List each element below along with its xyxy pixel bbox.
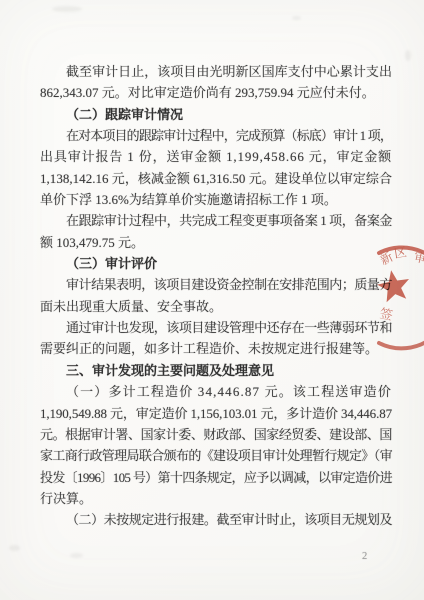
document-line-text: （二）跟踪审计情况 (66, 107, 183, 122)
document-line: 家工商行政管理局联合颁布的《建设项目审计处理暂行规定》（审 (40, 445, 392, 466)
scan-smudge (52, 6, 82, 12)
seal-arc-char: 审 (412, 249, 424, 266)
document-line: 单价下浮 13.6%为结算单价实施邀请招标工作 1 项。 (40, 189, 392, 210)
document-line: （一）多计工程造价 34,446.87 元。该工程送审造价 (40, 381, 392, 402)
document-line-text: 在对本项目的跟踪审计过程中，完成预算（标底）审计 1 项， (66, 128, 392, 143)
document-line-text: （一）多计工程造价 34,446.87 元。该工程送审造价 (66, 384, 392, 399)
document-line-text: 家工商行政管理局联合颁布的《建设项目审计处理暂行规定》（审 (40, 448, 392, 463)
official-seal: 新 区 审 签 (348, 236, 424, 356)
document-line-text: 862,343.07 元。对比审定造价尚有 293,759.94 元应付未付。 (40, 85, 375, 100)
document-line-text: （二）未按规定进行报建。截至审计时止，该项目无规划及 (66, 512, 392, 527)
document-line: 面未出现重大质量、安全事故。 (40, 296, 392, 317)
document-heading-line: （三）审计评价 (40, 253, 392, 274)
document-line-text: 额 103,479.75 元。 (40, 235, 144, 250)
seal-arc-char: 区 (393, 245, 408, 261)
document-line: 额 103,479.75 元。 (40, 232, 392, 253)
seal-bottom-arc (379, 338, 424, 348)
document-line: 截至审计日止，该项目由光明新区国库支付中心累计支出 (40, 61, 392, 82)
document-line-text: 单价下浮 13.6%为结算单价实施邀请招标工作 1 项。 (40, 192, 337, 207)
star-icon (377, 270, 409, 302)
document-line: 在对本项目的跟踪审计过程中，完成预算（标底）审计 1 项， (40, 125, 392, 146)
scan-smudge (70, 553, 83, 558)
document-line: 1,138,142.16 元，核减金额 61,316.50 元。建设单位以审定综… (40, 168, 392, 189)
seal-bottom-char: 签 (378, 306, 394, 323)
document-heading-line: （二）跟踪审计情况 (40, 104, 392, 125)
document-line: 投发〔1996〕105 号）第十四条规定，应予以调减，以审定造价进 (40, 467, 392, 488)
document-line: 元。根据审计署、国家计委、财政部、国家经贸委、建设部、国 (40, 424, 392, 445)
document-line: （二）未按规定进行报建。截至审计时止，该项目无规划及 (40, 509, 392, 530)
document-line-text: 需要纠正的问题，如多计工程造价、未按规定进行报建等。 (40, 341, 378, 356)
document-line: 通过审计也发现，该项目建设管理中还存在一些薄弱环节和 (40, 317, 392, 338)
seal-graphics: 新 区 审 签 (377, 245, 424, 348)
document-line: 862,343.07 元。对比审定造价尚有 293,759.94 元应付未付。 (40, 82, 392, 103)
document-line-text: 投发〔1996〕105 号）第十四条规定，应予以调减，以审定造价进 (40, 470, 392, 485)
document-line-text: 1,190,549.88 元，审定造价 1,156,103.01 元，多计造价 … (40, 406, 392, 421)
document-line: 审计结果表明，该项目建设资金控制在安排范围内；质量方 (40, 274, 392, 295)
document-line-text: 在跟踪审计过程中，共完成工程变更事项备案 1 项，备案金 (66, 213, 392, 228)
document-body: 截至审计日止，该项目由光明新区国库支付中心累计支出862,343.07 元。对比… (40, 61, 392, 531)
document-line: 需要纠正的问题，如多计工程造价、未按规定进行报建等。 (40, 338, 392, 359)
document-line: 1,190,549.88 元，审定造价 1,156,103.01 元，多计造价 … (40, 403, 392, 424)
document-heading-line: 三、审计发现的主要问题及处理意见 (40, 360, 392, 381)
document-line-text: 行决算。 (40, 491, 92, 506)
document-line: 出具审计报告 1 份，送审金额 1,199,458.66 元，审定金额 (40, 146, 392, 167)
document-line-text: 审计结果表明，该项目建设资金控制在安排范围内；质量方 (66, 277, 392, 292)
document-line-text: 出具审计报告 1 份，送审金额 1,199,458.66 元，审定金额 (40, 149, 392, 164)
document-line: 行决算。 (40, 488, 392, 509)
scan-smudge (405, 50, 411, 61)
scanned-document-page: 截至审计日止，该项目由光明新区国库支付中心累计支出862,343.07 元。对比… (0, 0, 424, 600)
page-number: 2 (362, 551, 367, 562)
document-line-text: 三、审计发现的主要问题及处理意见 (66, 363, 274, 378)
document-line-text: 截至审计日止，该项目由光明新区国库支付中心累计支出 (66, 64, 392, 79)
document-line-text: （三）审计评价 (66, 256, 157, 271)
scan-smudge (9, 545, 20, 551)
document-line-text: 面未出现重大质量、安全事故。 (40, 299, 222, 314)
document-line: 在跟踪审计过程中，共完成工程变更事项备案 1 项，备案金 (40, 210, 392, 231)
document-line-text: 通过审计也发现，该项目建设管理中还存在一些薄弱环节和 (66, 320, 392, 335)
document-line-text: 元。根据审计署、国家计委、财政部、国家经贸委、建设部、国 (40, 427, 392, 442)
document-line-text: 1,138,142.16 元，核减金额 61,316.50 元。建设单位以审定综… (40, 171, 392, 186)
scan-smudge (292, 16, 301, 20)
